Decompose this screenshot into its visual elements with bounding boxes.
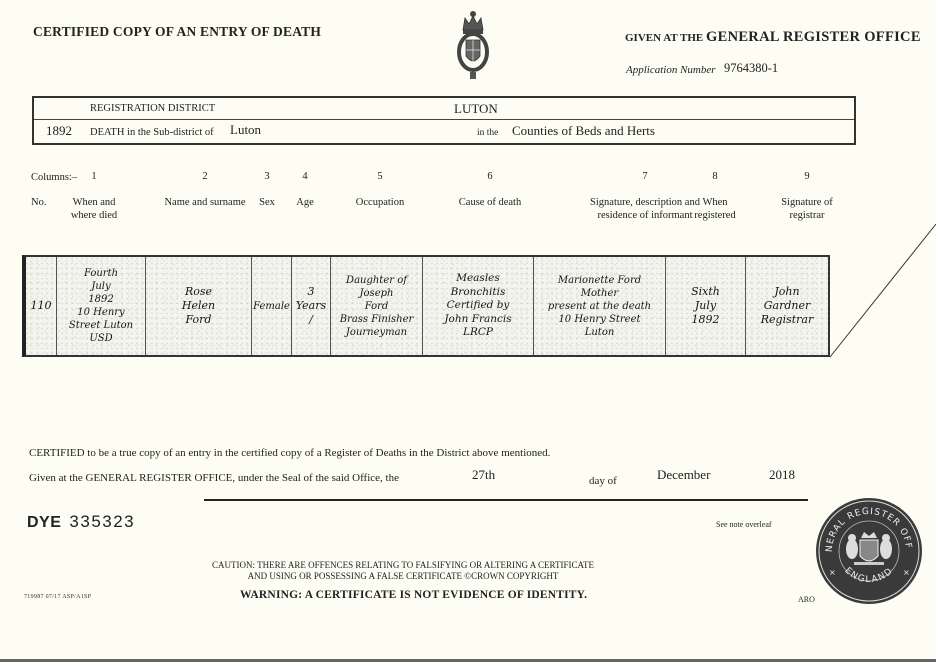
cancellation-line xyxy=(828,222,936,359)
column-header: Signature of registrar xyxy=(767,196,847,222)
issue-day: 27th xyxy=(472,467,495,483)
issue-year: 2018 xyxy=(769,467,795,483)
column-number: 4 xyxy=(291,171,319,182)
entry-name: Rose Helen Ford xyxy=(146,257,252,355)
column-number: 8 xyxy=(680,171,750,182)
form-code: 719987 07/17 ASP/A1SP xyxy=(24,594,91,600)
column-number: 5 xyxy=(330,171,430,182)
column-number: 1 xyxy=(62,171,126,182)
svg-text:×: × xyxy=(903,568,910,577)
certificate-title: CERTIFIED COPY OF AN ENTRY OF DEATH xyxy=(33,24,321,40)
day-of-label: day of xyxy=(589,475,617,487)
column-header: Occupation xyxy=(330,196,430,209)
subdistrict-label: DEATH in the Sub-district of xyxy=(90,127,214,138)
column-number: 3 xyxy=(254,171,280,182)
royal-crest-icon xyxy=(457,8,489,84)
registration-year: 1892 xyxy=(46,123,72,139)
column-number: 9 xyxy=(767,171,847,182)
entry-informant: Marionette Ford Mother present at the de… xyxy=(534,257,666,355)
gro-seal-icon: GENERAL REGISTER OFFICE ENGLAND × × xyxy=(814,496,924,606)
column-header: Age xyxy=(291,196,319,209)
caution-notice: CAUTION: THERE ARE OFFENCES RELATING TO … xyxy=(198,560,608,583)
entry-registrar: John Gardner Registrar xyxy=(746,257,828,355)
certificate-serial: DYE335323 xyxy=(27,512,135,532)
serial-number: 335323 xyxy=(69,512,135,531)
column-header: When and where died xyxy=(62,196,126,222)
given-at-office: GENERAL REGISTER OFFICE xyxy=(706,29,921,45)
entry-registered: Sixth July 1892 xyxy=(666,257,746,355)
signature-rule xyxy=(204,499,808,501)
identity-warning: WARNING: A CERTIFICATE IS NOT EVIDENCE O… xyxy=(240,589,587,601)
death-entry-row: 110 Fourth July 1892 10 Henry Street Lut… xyxy=(22,255,830,357)
column-number: 2 xyxy=(150,171,260,182)
column-number: 6 xyxy=(445,171,535,182)
in-the-label: in the xyxy=(477,128,498,138)
entry-occupation: Daughter of Joseph Ford Brass Finisher J… xyxy=(331,257,423,355)
district-box: REGISTRATION DISTRICT LUTON 1892 DEATH i… xyxy=(32,96,856,145)
column-header: Cause of death xyxy=(445,196,535,209)
see-note-overleaf: See note overleaf xyxy=(716,520,772,529)
entry-when-where: Fourth July 1892 10 Henry Street Luton U… xyxy=(57,257,146,355)
caution-line-2: AND USING OR POSSESSING A FALSE CERTIFIC… xyxy=(198,571,608,582)
subdistrict: Luton xyxy=(230,122,261,138)
application-number-label: Application Number xyxy=(626,64,716,76)
given-under-seal-line: Given at the GENERAL REGISTER OFFICE, un… xyxy=(29,472,399,484)
registration-district-label: REGISTRATION DISTRICT xyxy=(90,103,215,114)
given-at-prefix: GIVEN AT THE xyxy=(625,32,703,44)
entry-number: 110 xyxy=(26,257,57,355)
column-header: Name and surname xyxy=(150,196,260,209)
certification-statement: CERTIFIED to be a true copy of an entry … xyxy=(29,447,550,459)
entry-sex: Female xyxy=(252,257,292,355)
column-header: Sex xyxy=(254,196,280,209)
aro-mark: ARO xyxy=(798,595,815,604)
serial-prefix: DYE xyxy=(27,514,61,531)
column-header: No. xyxy=(31,196,61,209)
entry-cause: Measles Bronchitis Certified by John Fra… xyxy=(423,257,534,355)
entry-age: 3 Years / xyxy=(292,257,331,355)
registration-district: LUTON xyxy=(454,101,498,117)
district-divider xyxy=(34,119,854,120)
svg-text:×: × xyxy=(829,568,836,577)
given-at-heading: GIVEN AT THE GENERAL REGISTER OFFICE xyxy=(625,29,921,46)
county: Counties of Beds and Herts xyxy=(512,123,655,139)
caution-line-1: CAUTION: THERE ARE OFFENCES RELATING TO … xyxy=(198,560,608,571)
issue-month: December xyxy=(657,467,710,483)
column-header: When registered xyxy=(680,196,750,222)
application-number: 9764380-1 xyxy=(724,61,778,76)
